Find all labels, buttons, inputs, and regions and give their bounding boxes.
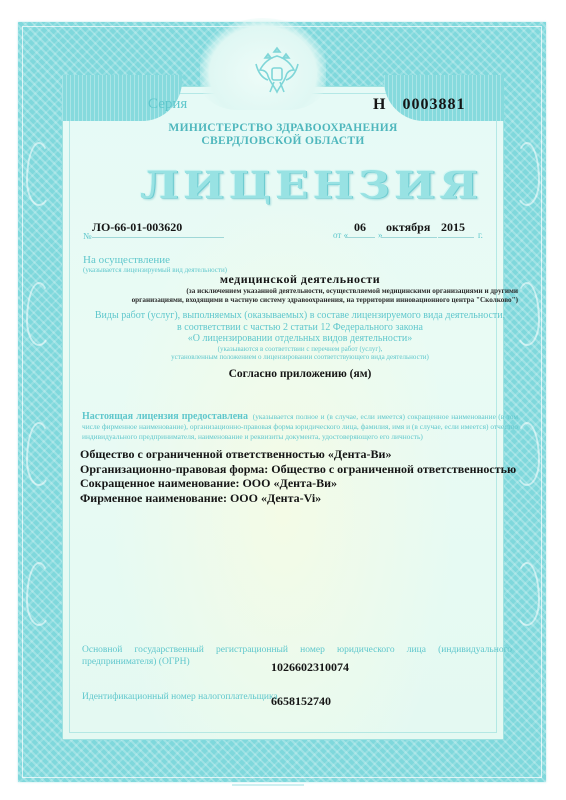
inn-value: 6658152740 — [271, 694, 331, 709]
date-suffix: г. — [478, 230, 483, 240]
coat-of-arms-icon — [248, 42, 306, 100]
underline — [92, 237, 224, 238]
underline — [438, 237, 474, 238]
date-prefix: от « — [333, 230, 348, 240]
underline — [345, 237, 375, 238]
underline — [381, 237, 437, 238]
issue-year: 2015 — [441, 220, 465, 235]
licensed-activity: медицинской деятельности — [80, 272, 520, 287]
date-quote-close: » — [378, 230, 383, 240]
works-heading: Виды работ (услуг), выполняемых (оказыва… — [80, 310, 520, 345]
org-brand-name: Фирменное наименование: ООО «Дента-Vi» — [80, 491, 516, 506]
activity-label: На осуществление — [83, 254, 170, 266]
activity-exclusion-note: (за исключением указанной деятельности, … — [82, 287, 518, 305]
bottom-mark — [232, 784, 304, 786]
organization-details: Общество с ограниченной ответственностью… — [80, 447, 516, 505]
document-title: ЛИЦЕНЗИЯ — [140, 164, 430, 207]
series-label: Серия — [148, 96, 187, 113]
series-number: Н0003881 — [373, 96, 465, 114]
issue-day: 06 — [354, 220, 366, 235]
org-legal-form: Организационно-правовая форма: Общество … — [80, 462, 516, 477]
inn-label: Идентификационный номер налогоплательщик… — [82, 692, 278, 702]
granted-to-label: Настоящая лицензия предоставлена — [82, 411, 248, 422]
ogrn-value: 1026602310074 — [271, 660, 349, 675]
org-short-name: Сокращенное наименование: ООО «Дента-Ви» — [80, 476, 516, 491]
license-number: ЛО-66-01-003620 — [92, 220, 182, 235]
works-note: (указываются в соответствии с перечнем р… — [80, 345, 520, 361]
granted-to-block: Настоящая лицензия предоставлена (указыв… — [82, 412, 518, 442]
org-full-name: Общество с ограниченной ответственностью… — [80, 447, 516, 462]
series-digits: 0003881 — [402, 96, 465, 113]
number-sign: № — [83, 231, 92, 241]
series-letter: Н — [373, 96, 386, 113]
issuing-authority: МИНИСТЕРСТВО ЗДРАВООХРАНЕНИЯ СВЕРДЛОВСКО… — [130, 122, 436, 148]
issue-month: октября — [386, 220, 430, 235]
according-to-appendix: Согласно приложению (ям) — [200, 368, 400, 380]
